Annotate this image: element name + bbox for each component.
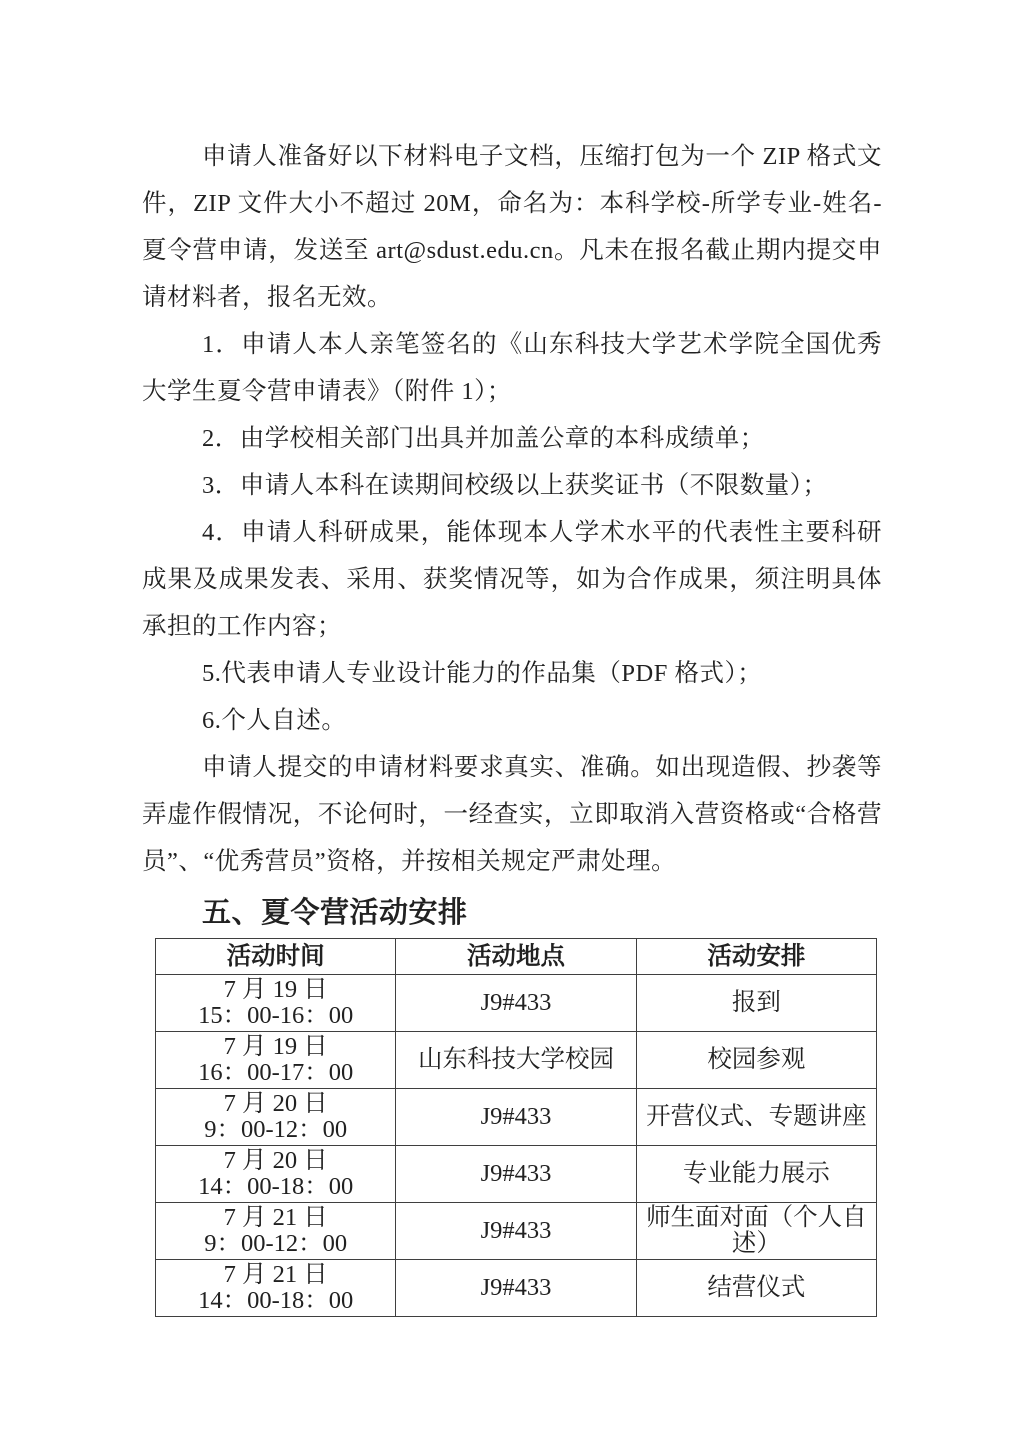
list-item-4: 4．申请人科研成果，能体现本人学术水平的代表性主要科研成果及成果发表、采用、获奖… [142, 509, 882, 650]
header-activity-arrangement: 活动安排 [636, 939, 876, 975]
cell-date-line: 7 月 19 日 [160, 1034, 391, 1060]
cell-activity: 校园参观 [636, 1032, 876, 1089]
paragraph-integrity-notice: 申请人提交的申请材料要求真实、准确。如出现造假、抄袭等弄虚作假情况，不论何时，一… [142, 744, 882, 885]
header-activity-location: 活动地点 [396, 939, 636, 975]
cell-time: 7 月 20 日 9：00-12：00 [156, 1089, 396, 1146]
table-row: 7 月 19 日 16：00-17：00 山东科技大学校园 校园参观 [156, 1032, 877, 1089]
cell-location: J9#433 [396, 975, 636, 1032]
list-item-1: 1．申请人本人亲笔签名的《山东科技大学艺术学院全国优秀大学生夏令营申请表》（附件… [142, 321, 882, 415]
cell-time-line: 16：00-17：00 [160, 1060, 391, 1086]
cell-location: J9#433 [396, 1260, 636, 1317]
cell-date-line: 7 月 19 日 [160, 977, 391, 1003]
table-row: 7 月 21 日 9：00-12：00 J9#433 师生面对面（个人自述） [156, 1203, 877, 1260]
cell-location: J9#433 [396, 1089, 636, 1146]
list-item-3: 3．申请人本科在读期间校级以上获奖证书（不限数量）； [142, 462, 882, 509]
header-activity-time: 活动时间 [156, 939, 396, 975]
section-heading-activity-schedule: 五、夏令营活动安排 [142, 890, 882, 937]
cell-activity: 师生面对面（个人自述） [636, 1203, 876, 1260]
schedule-table: 活动时间 活动地点 活动安排 7 月 19 日 15：00-16：00 J9#4… [155, 938, 877, 1317]
cell-date-line: 7 月 20 日 [160, 1148, 391, 1174]
cell-location: J9#433 [396, 1203, 636, 1260]
cell-date-line: 7 月 21 日 [160, 1205, 391, 1231]
list-item-2: 2．由学校相关部门出具并加盖公章的本科成绩单； [142, 415, 882, 462]
cell-location: J9#433 [396, 1146, 636, 1203]
cell-time-line: 14：00-18：00 [160, 1288, 391, 1314]
cell-time-line: 9：00-12：00 [160, 1231, 391, 1257]
cell-date-line: 7 月 21 日 [160, 1262, 391, 1288]
list-item-5: 5.代表申请人专业设计能力的作品集（PDF 格式）； [142, 650, 882, 697]
cell-time: 7 月 19 日 16：00-17：00 [156, 1032, 396, 1089]
cell-date-line: 7 月 20 日 [160, 1091, 391, 1117]
cell-location: 山东科技大学校园 [396, 1032, 636, 1089]
cell-activity: 专业能力展示 [636, 1146, 876, 1203]
cell-time: 7 月 21 日 14：00-18：00 [156, 1260, 396, 1317]
cell-activity: 报到 [636, 975, 876, 1032]
table-row: 7 月 19 日 15：00-16：00 J9#433 报到 [156, 975, 877, 1032]
paragraph-materials-intro: 申请人准备好以下材料电子文档，压缩打包为一个 ZIP 格式文件，ZIP 文件大小… [142, 133, 882, 321]
cell-activity: 开营仪式、专题讲座 [636, 1089, 876, 1146]
table-row: 7 月 21 日 14：00-18：00 J9#433 结营仪式 [156, 1260, 877, 1317]
cell-time-line: 15：00-16：00 [160, 1003, 391, 1029]
cell-time: 7 月 21 日 9：00-12：00 [156, 1203, 396, 1260]
table-row: 7 月 20 日 9：00-12：00 J9#433 开营仪式、专题讲座 [156, 1089, 877, 1146]
cell-time-line: 14：00-18：00 [160, 1174, 391, 1200]
table-row: 7 月 20 日 14：00-18：00 J9#433 专业能力展示 [156, 1146, 877, 1203]
cell-activity: 结营仪式 [636, 1260, 876, 1317]
schedule-header-row: 活动时间 活动地点 活动安排 [156, 939, 877, 975]
document-page: 申请人准备好以下材料电子文档，压缩打包为一个 ZIP 格式文件，ZIP 文件大小… [0, 0, 1024, 1448]
cell-time: 7 月 20 日 14：00-18：00 [156, 1146, 396, 1203]
list-item-6: 6.个人自述。 [142, 697, 882, 744]
cell-time: 7 月 19 日 15：00-16：00 [156, 975, 396, 1032]
cell-time-line: 9：00-12：00 [160, 1117, 391, 1143]
